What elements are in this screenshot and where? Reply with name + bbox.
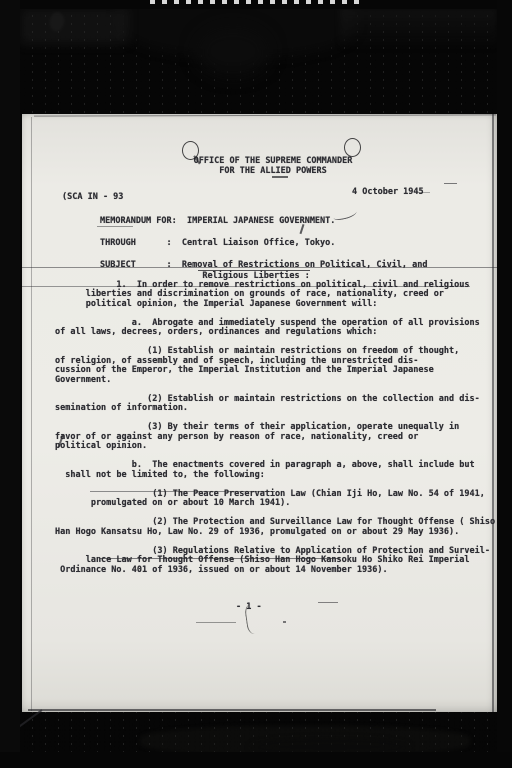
top-left-shading — [20, 8, 128, 44]
date-line: 4 October 1945 — [352, 188, 424, 198]
streak-under-promulgated — [90, 491, 275, 492]
punch-hole-circle-right — [344, 138, 361, 157]
paper-right-edge — [492, 114, 494, 712]
memo-header-block: MEMORANDUM FOR: IMPERIAL JAPANESE GOVERN… — [100, 216, 428, 282]
paper-left-edge — [31, 117, 32, 711]
pen-dash-right-of-page-number — [318, 602, 338, 603]
smudge-dash-below-page-number — [196, 622, 236, 623]
scan-streak-line-2 — [22, 286, 470, 287]
reference-number: (SCA IN - 93 — [62, 193, 123, 203]
streak-through-ordinance — [100, 558, 340, 559]
film-frame-bottom — [0, 752, 512, 768]
pen-dash-right-of-date — [444, 183, 457, 184]
scan-streak-line-1 — [22, 267, 497, 268]
speck-mark — [283, 621, 286, 623]
film-frame-right — [497, 0, 512, 768]
smudge-over-through — [97, 226, 133, 227]
top-right-shading — [340, 8, 497, 50]
film-frame-left — [0, 0, 20, 768]
subject-underline — [198, 270, 310, 271]
paper-bottom-edge — [28, 709, 436, 711]
film-shadow-blob-tail — [196, 26, 270, 76]
scanned-memorandum-page: OFFICE OF THE SUPREME COMMANDER FOR THE … — [0, 0, 512, 768]
letterhead: OFFICE OF THE SUPREME COMMANDER FOR THE … — [190, 156, 356, 177]
memo-body-text: 1. In order to remove restrictions on po… — [55, 281, 495, 576]
letterhead-underline-dash — [272, 176, 288, 178]
film-perforation-dashes — [150, 0, 364, 4]
smudge-below-date — [418, 192, 430, 193]
